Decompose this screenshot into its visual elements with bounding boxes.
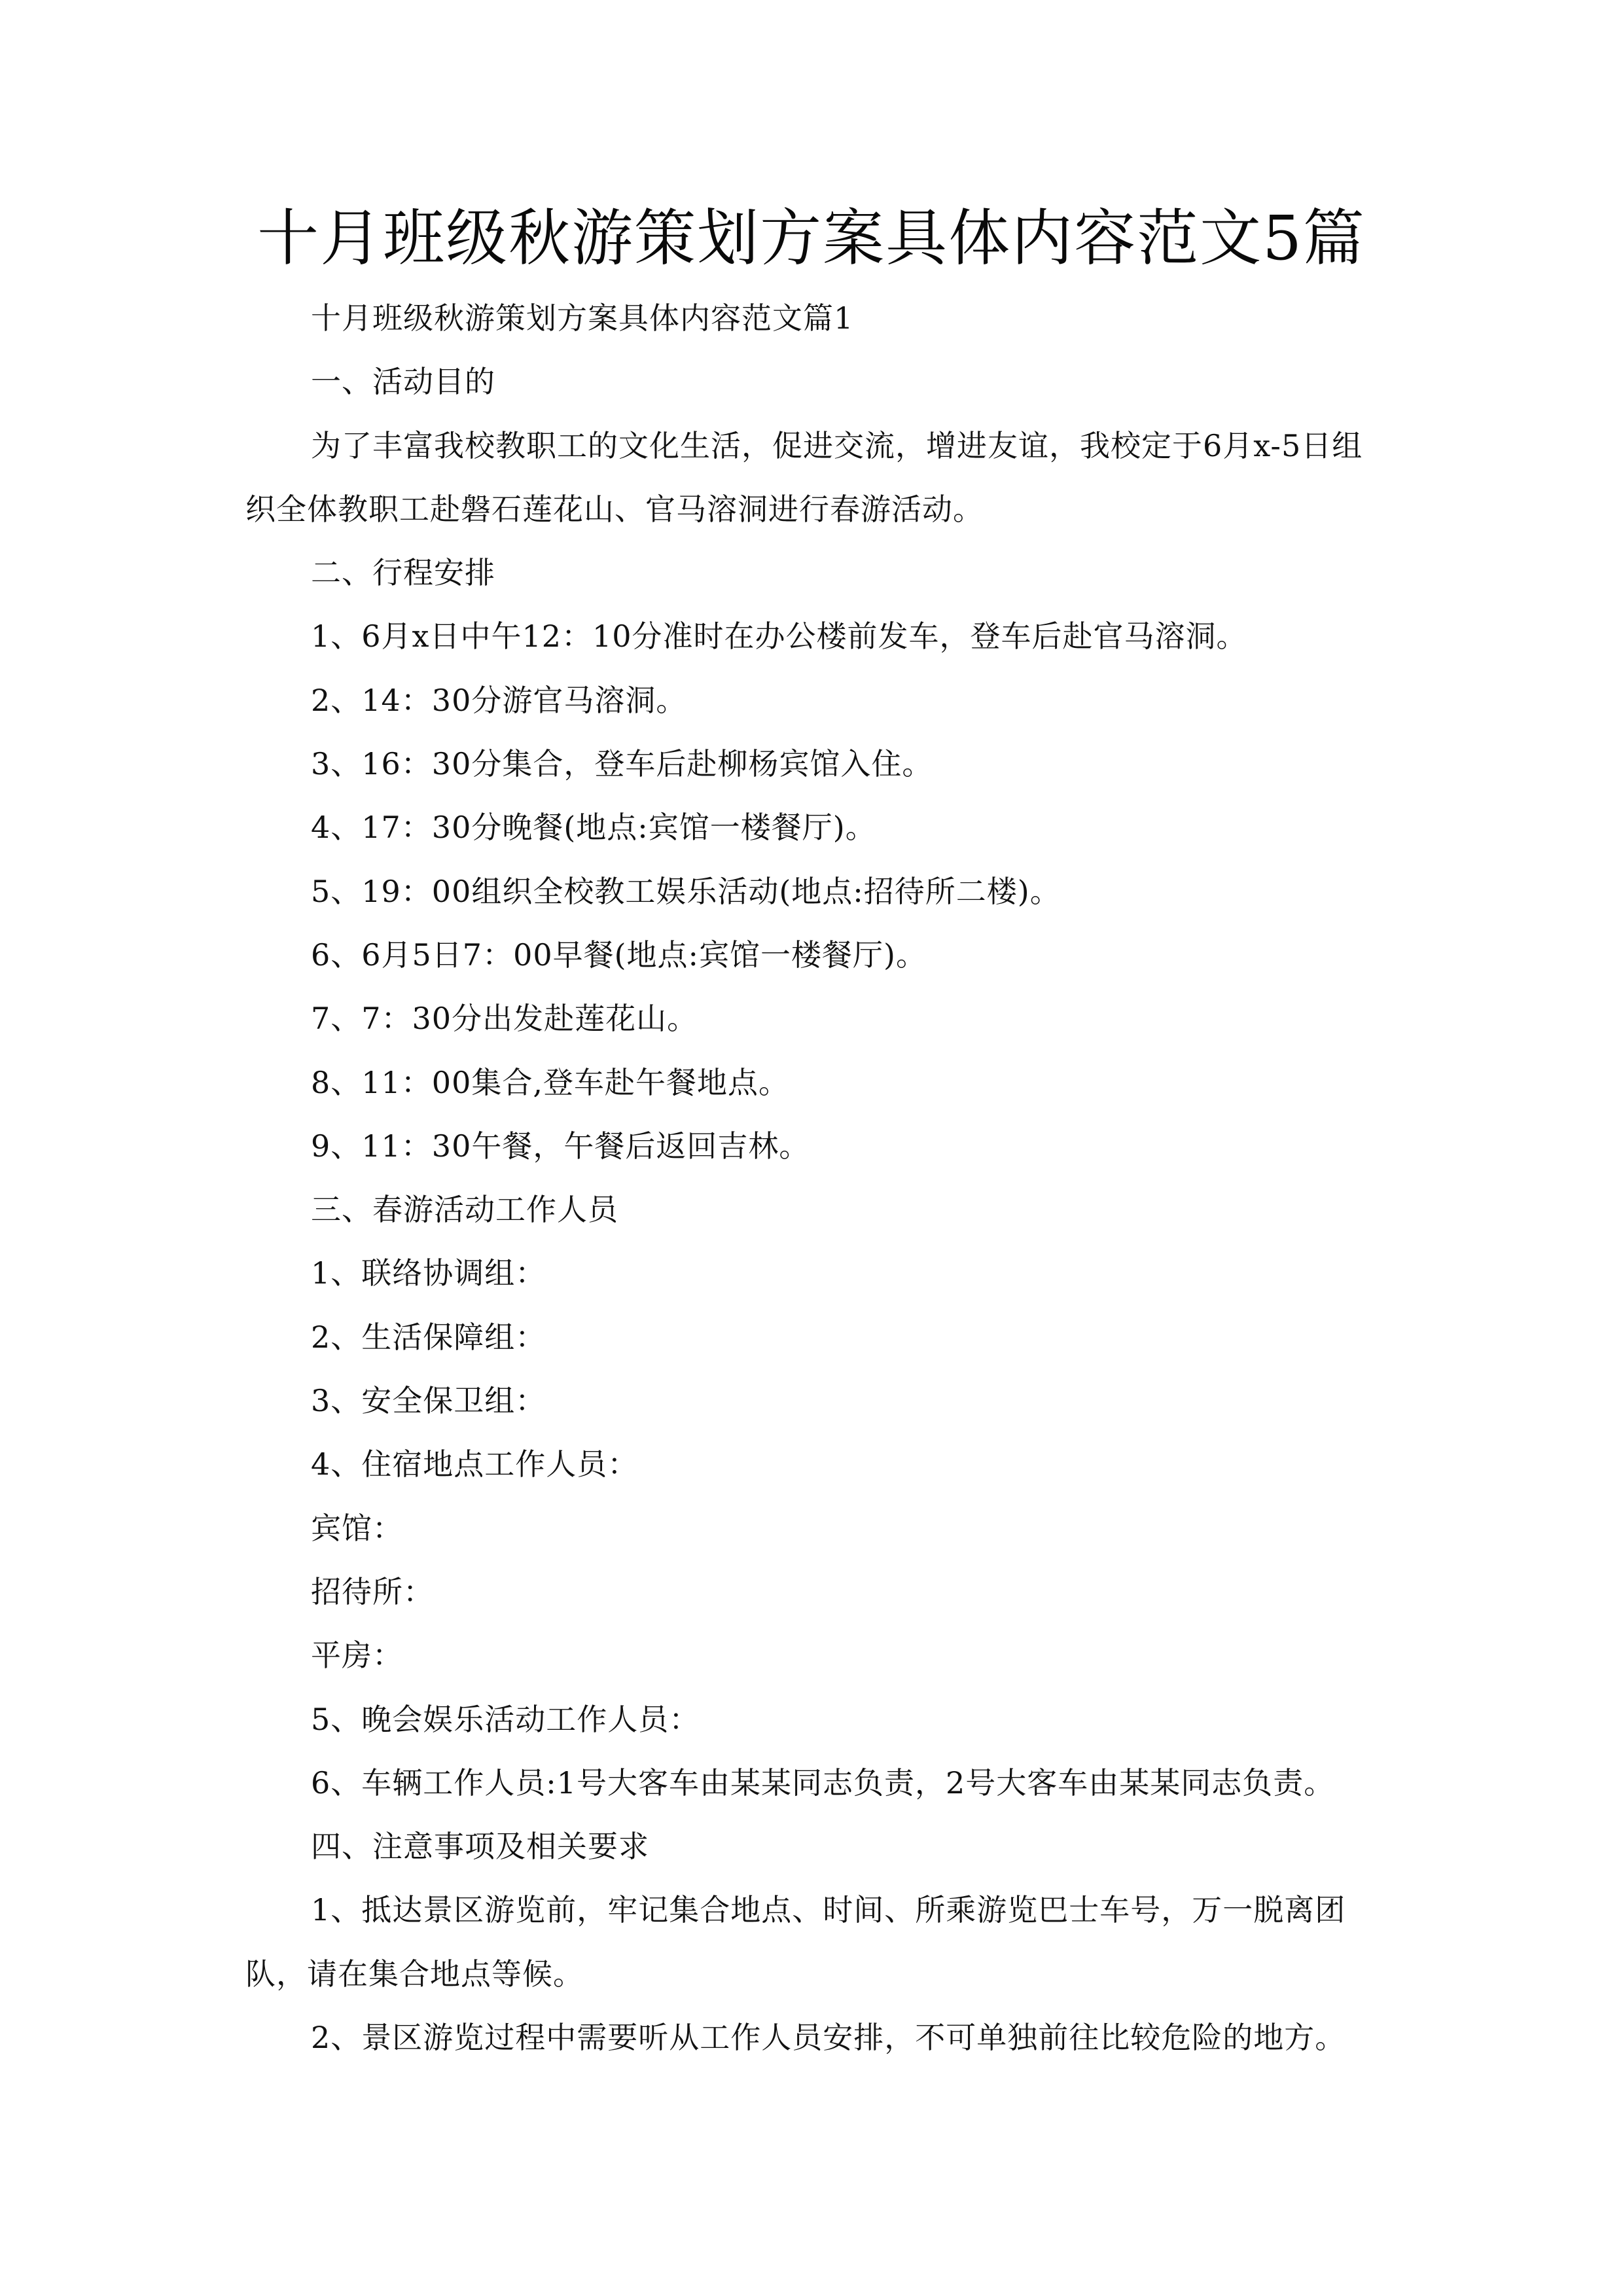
document-body: 十月班级秋游策划方案具体内容范文篇1 一、活动目的 为了丰富我校教职工的文化生活… — [245, 287, 1384, 2070]
schedule-item: 4、17：30分晚餐(地点:宾馆一楼餐厅)。 — [245, 796, 1384, 859]
schedule-item: 6、6月5日7：00早餐(地点:宾馆一楼餐厅)。 — [245, 924, 1384, 987]
notes-item: 2、景区游览过程中需要听从工作人员安排，不可单独前往比较危险的地方。 — [245, 2006, 1384, 2070]
section-heading-notes: 四、注意事项及相关要求 — [245, 1815, 1384, 1878]
staff-item: 4、住宿地点工作人员： — [245, 1433, 1384, 1496]
section-heading-purpose: 一、活动目的 — [245, 350, 1384, 414]
section-heading-schedule: 二、行程安排 — [245, 541, 1384, 605]
schedule-item: 8、11：00集合,登车赴午餐地点。 — [245, 1051, 1384, 1115]
staff-location-item: 平房： — [245, 1624, 1384, 1687]
document-page: 十月班级秋游策划方案具体内容范文5篇 十月班级秋游策划方案具体内容范文篇1 一、… — [0, 0, 1623, 2296]
schedule-item: 3、16：30分集合，登车后赴柳杨宾馆入住。 — [245, 732, 1384, 796]
staff-location-item: 招待所： — [245, 1560, 1384, 1624]
schedule-item: 1、6月x日中午12：10分准时在办公楼前发车，登车后赴官马溶洞。 — [245, 605, 1384, 668]
staff-item: 5、晚会娱乐活动工作人员： — [245, 1688, 1384, 1751]
staff-item: 6、车辆工作人员:1号大客车由某某同志负责，2号大客车由某某同志负责。 — [245, 1751, 1384, 1815]
staff-item: 3、安全保卫组： — [245, 1369, 1384, 1433]
staff-location-item: 宾馆： — [245, 1497, 1384, 1560]
schedule-item: 2、14：30分游官马溶洞。 — [245, 669, 1384, 732]
purpose-paragraph: 为了丰富我校教职工的文化生活，促进交流，增进友谊，我校定于6月x-5日组织全体教… — [245, 414, 1384, 542]
section-heading-staff: 三、春游活动工作人员 — [245, 1178, 1384, 1242]
schedule-item: 7、7：30分出发赴莲花山。 — [245, 987, 1384, 1050]
staff-item: 2、生活保障组： — [245, 1306, 1384, 1369]
schedule-item: 5、19：00组织全校教工娱乐活动(地点:招待所二楼)。 — [245, 860, 1384, 924]
document-title: 十月班级秋游策划方案具体内容范文5篇 — [0, 196, 1623, 281]
section-subtitle: 十月班级秋游策划方案具体内容范文篇1 — [245, 287, 1384, 350]
schedule-item: 9、11：30午餐，午餐后返回吉林。 — [245, 1115, 1384, 1178]
notes-item: 1、抵达景区游览前，牢记集合地点、时间、所乘游览巴士车号，万一脱离团队，请在集合… — [245, 1878, 1384, 2006]
staff-item: 1、联络协调组： — [245, 1242, 1384, 1305]
